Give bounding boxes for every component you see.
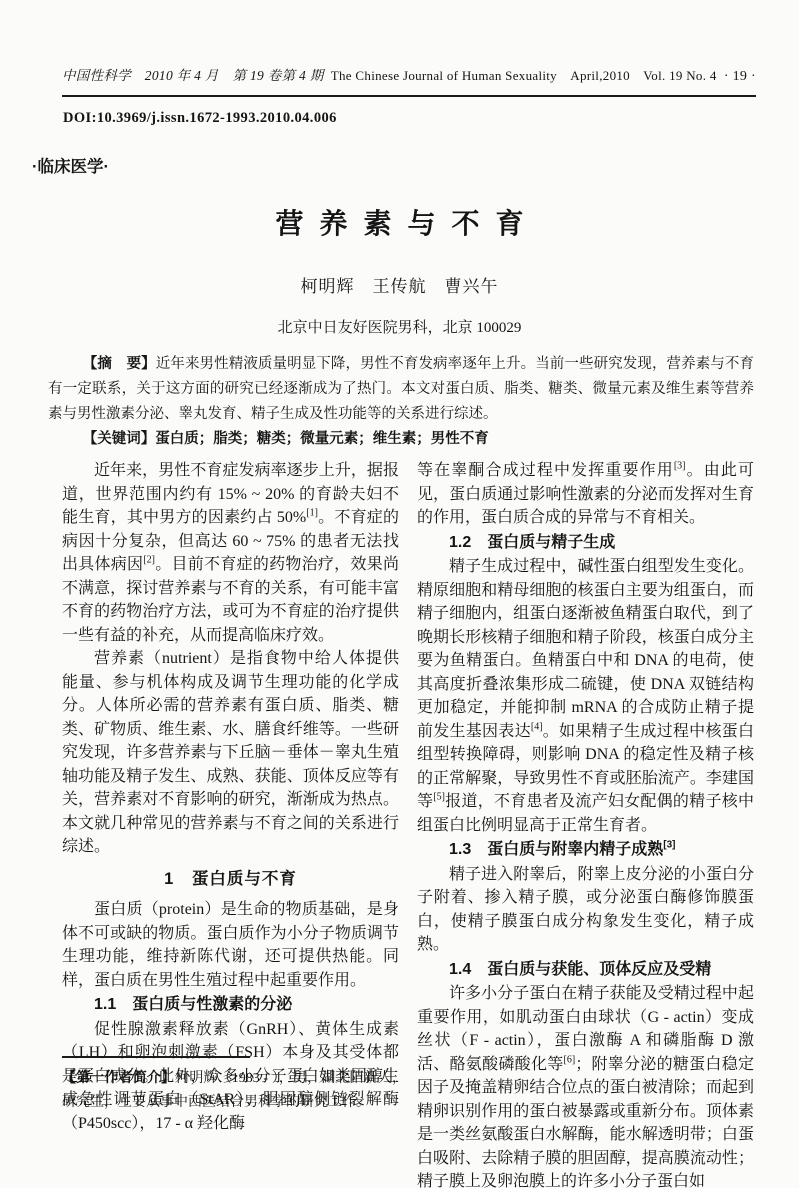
abstract-paragraph: 【摘 要】近年来男性精液质量明显下降，男性不育发病率逐年上升。当前一些研究发现，… [48,352,754,427]
body-paragraph: 许多小分子蛋白在精子获能及受精过程中起重要作用，如肌动蛋白由球状（G - act… [417,982,754,1188]
doi-line: DOI:10.3969/j.issn.1672-1993.2010.04.006 [63,110,337,127]
paper-page: 中国性科学 2010 年 4 月 第 19 卷第 4 期 The Chinese… [0,0,799,1188]
body-paragraph: 精子生成过程中，碱性蛋白组型发生变化。精原细胞和精母细胞的核蛋白主要为组蛋白，而… [417,555,754,837]
section-1-2-heading: 1.2 蛋白质与精子生成 [417,531,754,555]
body-paragraph: 蛋白质（protein）是生命的物质基础，是身体不可或缺的物质。蛋白质作为小分子… [62,898,399,992]
page-number: · 19 · [724,69,756,85]
right-column: 等在睾酮合成过程中发挥重要作用[3]。由此可见，蛋白质通过影响性激素的分泌而发挥… [417,459,754,1188]
footnote-divider [62,1056,250,1058]
keywords-text: 蛋白质；脂类；糖类；微量元素；维生素；男性不育 [155,431,489,447]
author-affiliation: 北京中日友好医院男科，北京 100029 [0,316,799,337]
column-category-label: ·临床医学· [32,153,109,177]
journal-header: 中国性科学 2010 年 4 月 第 19 卷第 4 期 The Chinese… [62,64,756,97]
article-title: 营养素与不育 [0,202,799,242]
author-names: 柯明辉 王传航 曹兴午 [0,272,799,297]
footnote-label: 【第一作者简介】 [62,1071,175,1086]
body-paragraph: 近年来，男性不育症发病率逐步上升，据报道，世界范围内约有 15% ~ 20% 的… [62,459,399,647]
section-1-4-heading: 1.4 蛋白质与获能、顶体反应及受精 [417,958,754,982]
abstract-block: 【摘 要】近年来男性精液质量明显下降，男性不育发病率逐年上升。当前一些研究发现，… [48,352,754,452]
journal-title-zh: 中国性科学 2010 年 4 月 第 19 卷第 4 期 [62,64,324,84]
keywords-line: 【关键词】蛋白质；脂类；糖类；微量元素；维生素；男性不育 [48,427,754,452]
body-paragraph: 营养素（nutrient）是指食物中给人体提供能量、参与机体构成及调节生理功能的… [62,647,399,859]
journal-title-en: The Chinese Journal of Human Sexuality A… [331,65,717,84]
keywords-label: 【关键词】 [83,431,156,447]
section-1-1-heading: 1.1 蛋白质与性激素的分泌 [62,993,399,1017]
first-author-footnote: 【第一作者简介】柯明辉（1983 - ），男，湖北阳新人，研究生，主要从事中西医… [62,1056,406,1115]
body-paragraph: 等在睾酮合成过程中发挥重要作用[3]。由此可见，蛋白质通过影响性激素的分泌而发挥… [417,459,754,530]
section-1-3-heading: 1.3 蛋白质与附睾内精子成熟[3] [417,838,754,862]
first-author-bio: 【第一作者简介】柯明辉（1983 - ），男，湖北阳新人，研究生，主要从事中西医… [62,1067,406,1115]
body-paragraph: 精子进入附睾后，附睾上皮分泌的小蛋白分子附着、掺入精子膜，或分泌蛋白酶修饰膜蛋白… [417,863,754,957]
abstract-label: 【摘 要】 [83,356,156,372]
section-1-heading: 1 蛋白质与不育 [62,868,399,892]
